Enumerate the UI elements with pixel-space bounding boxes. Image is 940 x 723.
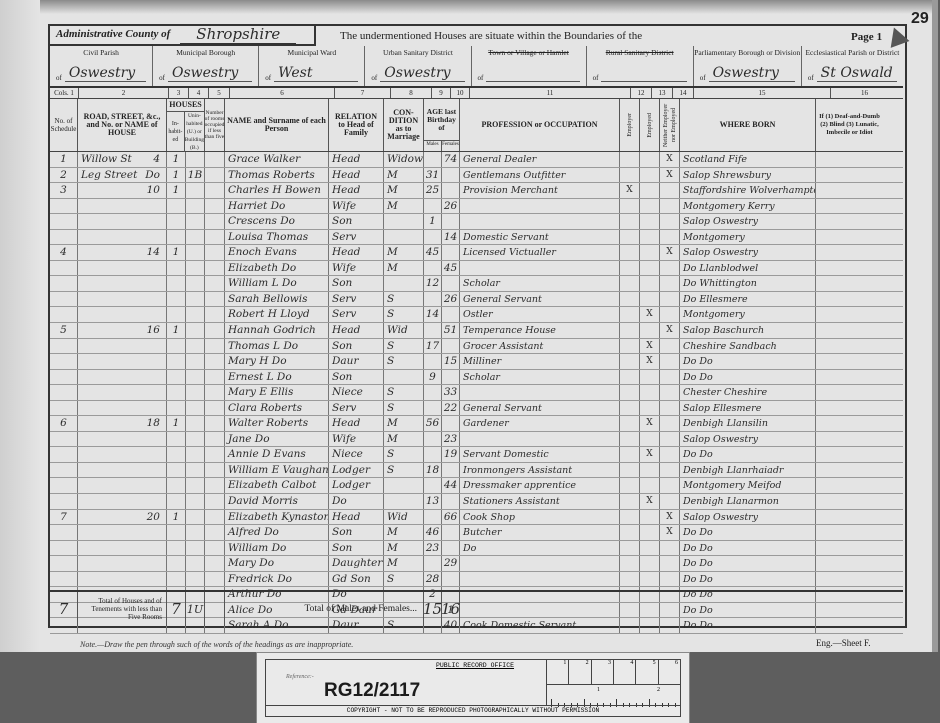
cell-no xyxy=(138,556,167,571)
cell-no xyxy=(138,385,167,400)
heading-born: WHERE BORN xyxy=(680,99,816,151)
cell-sched xyxy=(50,401,78,416)
column-number: 6 xyxy=(230,88,335,98)
cell-f xyxy=(442,370,460,385)
cell-f: 51 xyxy=(442,323,460,338)
cell-nei xyxy=(660,261,680,276)
cell-m xyxy=(424,323,442,338)
cell-born: Staffordshire Wolverhampton xyxy=(680,183,816,198)
cell-name: Mary H Do xyxy=(225,354,329,369)
cell-no: Do xyxy=(138,168,167,183)
total-houses-label: Total of Houses and of Tenements with le… xyxy=(78,592,167,626)
cell-cond: Wid xyxy=(384,510,424,525)
cell-rooms xyxy=(205,152,225,167)
cell-ed xyxy=(640,525,660,540)
cell-cond xyxy=(384,214,424,229)
cell-inf xyxy=(816,432,883,447)
cell-m xyxy=(424,478,442,493)
cell-born: Do Do xyxy=(680,541,816,556)
cell-ed xyxy=(640,510,660,525)
of-label: of xyxy=(593,74,599,82)
cell-occ: Servant Domestic xyxy=(460,447,620,462)
cell-sched xyxy=(50,292,78,307)
cell-occ: Do xyxy=(460,541,620,556)
cell-rel: Daur xyxy=(329,354,384,369)
cell-ed xyxy=(640,323,660,338)
cell-occ: Dressmaker apprentice xyxy=(460,478,620,493)
cell-no xyxy=(138,199,167,214)
cell-born: Denbigh Llansilin xyxy=(680,416,816,431)
cell-sched xyxy=(50,494,78,509)
cell-er xyxy=(620,556,640,571)
cell-er xyxy=(620,463,640,478)
cell-er xyxy=(620,416,640,431)
cell-inf xyxy=(816,447,883,462)
cell-name: Harriet Do xyxy=(225,199,329,214)
cell-f: 66 xyxy=(442,510,460,525)
cell-born: Montgomery xyxy=(680,307,816,322)
cell-born: Salop Oswestry xyxy=(680,432,816,447)
cell-cond xyxy=(384,230,424,245)
table-row: David MorrisDo13Stationers AssistantXDen… xyxy=(50,494,903,510)
table-row: William DoSonM23DoDo Do xyxy=(50,541,903,557)
cell-name: Fredrick Do xyxy=(225,572,329,587)
table-row: Alfred DoSonM46ButcherXDo Do xyxy=(50,525,903,541)
cell-no xyxy=(138,432,167,447)
heading-condition: CON-DITION as to Marriage xyxy=(384,99,424,151)
cell-inf xyxy=(816,478,883,493)
cell-no xyxy=(138,261,167,276)
heading-road: ROAD, STREET, &c., and No. or NAME of HO… xyxy=(78,99,167,151)
employed-label: Employed xyxy=(646,113,654,138)
cell-f: 74 xyxy=(442,152,460,167)
table-row: Mary E EllisNieceS33Chester Cheshire xyxy=(50,385,903,401)
cell-f: 29 xyxy=(442,556,460,571)
cell-er xyxy=(620,370,640,385)
page-label: Page1 xyxy=(851,31,882,43)
cell-ed xyxy=(640,230,660,245)
scale-top: 123456 xyxy=(547,660,681,685)
heading-females: Females xyxy=(442,141,459,151)
scale-mark: 6 xyxy=(659,660,681,684)
cell-er xyxy=(620,292,640,307)
cell-born: Montgomery Meifod xyxy=(680,478,816,493)
cell-unin xyxy=(186,152,205,167)
column-number: 12 xyxy=(631,88,652,98)
cell-ed xyxy=(640,152,660,167)
scale-label: 2 xyxy=(657,687,660,693)
cell-er xyxy=(620,510,640,525)
cell-nei xyxy=(660,370,680,385)
cell-nei xyxy=(660,401,680,416)
cell-name: Crescens Do xyxy=(225,214,329,229)
cell-nei: X xyxy=(660,510,680,525)
cell-cond: M xyxy=(384,416,424,431)
of-label: of xyxy=(371,74,377,82)
cell-born: Denbigh Llanrhaiadr xyxy=(680,463,816,478)
cell-er xyxy=(620,307,640,322)
cell-nei xyxy=(660,463,680,478)
cell-m: 13 xyxy=(424,494,442,509)
cell-unin xyxy=(186,199,205,214)
cell-unin xyxy=(186,541,205,556)
cell-nei: X xyxy=(660,245,680,260)
top-shadow xyxy=(0,0,932,14)
cell-nei xyxy=(660,447,680,462)
cell-inh xyxy=(167,230,186,245)
cell-f xyxy=(442,276,460,291)
table-row: Mary H DoDaurS15MillinerXDo Do xyxy=(50,354,903,370)
cell-ed xyxy=(640,292,660,307)
cell-ed xyxy=(640,463,660,478)
cell-occ: Cook Shop xyxy=(460,510,620,525)
column-number: 14 xyxy=(673,88,694,98)
cell-sched: 1 xyxy=(50,152,78,167)
column-number: 10 xyxy=(451,88,470,98)
cell-inf xyxy=(816,261,883,276)
cell-inf xyxy=(816,416,883,431)
cell-road: Willow St xyxy=(78,152,138,167)
cell-road xyxy=(78,510,138,525)
cell-f xyxy=(442,183,460,198)
cell-rel: Serv xyxy=(329,307,384,322)
cell-inh xyxy=(167,370,186,385)
sheet-label: Eng.—Sheet F. xyxy=(816,638,871,648)
cell-nei xyxy=(660,416,680,431)
cell-sched xyxy=(50,541,78,556)
table-row: Annie D EvansNieceS19Servant DomesticXDo… xyxy=(50,447,903,463)
cell-sched xyxy=(50,370,78,385)
cell-sched xyxy=(50,447,78,462)
cell-m: 31 xyxy=(424,168,442,183)
cell-inf xyxy=(816,168,883,183)
cell-cond: M xyxy=(384,525,424,540)
cell-m xyxy=(424,261,442,276)
cell-road xyxy=(78,183,138,198)
cell-inf xyxy=(816,370,883,385)
cell-born: Montgomery xyxy=(680,230,816,245)
cell-no: 18 xyxy=(138,416,167,431)
column-number: 11 xyxy=(470,88,631,98)
table-row: William L DoSon12ScholarDo Whittington xyxy=(50,276,903,292)
cell-ed: X xyxy=(640,494,660,509)
cell-name: Walter Roberts xyxy=(225,416,329,431)
census-sheet: 29 Administrative County of Shropshire T… xyxy=(0,0,938,652)
of-label: of xyxy=(808,74,814,82)
cell-ed xyxy=(640,478,660,493)
cell-occ: Temperance House xyxy=(460,323,620,338)
cell-rooms xyxy=(205,370,225,385)
cell-inf xyxy=(816,385,883,400)
cell-f: 45 xyxy=(442,261,460,276)
cell-occ xyxy=(460,199,620,214)
pro-label-frame: PUBLIC RECORD OFFICE Reference:- RG12/21… xyxy=(265,659,681,717)
cell-f xyxy=(442,416,460,431)
column-number: 4 xyxy=(189,88,209,98)
cell-sched xyxy=(50,307,78,322)
cell-nei xyxy=(660,432,680,447)
cell-m xyxy=(424,354,442,369)
cell-no xyxy=(138,525,167,540)
cell-rel: Son xyxy=(329,214,384,229)
cell-born: Salop Oswestry xyxy=(680,214,816,229)
cell-rel: Lodger xyxy=(329,478,384,493)
cell-er xyxy=(620,447,640,462)
cell-occ: Gentlemans Outfitter xyxy=(460,168,620,183)
cell-occ: Domestic Servant xyxy=(460,230,620,245)
cell-road xyxy=(78,541,138,556)
employer-label: Employer xyxy=(626,113,634,137)
cell-rel: Wife xyxy=(329,432,384,447)
cell-m xyxy=(424,230,442,245)
cell-ed xyxy=(640,199,660,214)
total-uninhabited: 1U xyxy=(186,592,205,626)
cell-unin xyxy=(186,572,205,587)
district-label: Civil Parish xyxy=(50,49,152,57)
cell-er xyxy=(620,494,640,509)
cell-cond xyxy=(384,478,424,493)
cell-name: Louisa Thomas xyxy=(225,230,329,245)
cell-name: William E Vaughan xyxy=(225,463,329,478)
column-number: 13 xyxy=(652,88,673,98)
cell-m xyxy=(424,401,442,416)
cell-born: Do Do xyxy=(680,525,816,540)
cell-rel: Lodger xyxy=(329,463,384,478)
cell-no: 16 xyxy=(138,323,167,338)
cell-ed: X xyxy=(640,416,660,431)
cell-occ: Licensed Victualler xyxy=(460,245,620,260)
cell-name: Grace Walker xyxy=(225,152,329,167)
cell-inh xyxy=(167,276,186,291)
heading-relation: RELATION to Head of Family xyxy=(329,99,384,151)
cell-f: 15 xyxy=(442,354,460,369)
district-5: Rural Sanitary District of xyxy=(587,46,694,86)
cell-no xyxy=(138,354,167,369)
table-row: Clara RobertsServS22General ServantSalop… xyxy=(50,401,903,417)
district-1: Municipal Borough ofOswestry xyxy=(153,46,259,86)
cell-inh xyxy=(167,401,186,416)
cell-nei: X xyxy=(660,152,680,167)
cell-inf xyxy=(816,463,883,478)
cell-name: David Morris xyxy=(225,494,329,509)
cell-inh xyxy=(167,432,186,447)
cell-cond: M xyxy=(384,183,424,198)
cell-road xyxy=(78,525,138,540)
cell-cond: M xyxy=(384,261,424,276)
cell-rooms xyxy=(205,432,225,447)
cell-cond: S xyxy=(384,339,424,354)
district-value: Oswestry xyxy=(168,66,252,82)
cell-sched xyxy=(50,525,78,540)
district-label: Ecclesiastical Parish or District xyxy=(802,49,903,57)
cell-cond: M xyxy=(384,432,424,447)
cell-unin xyxy=(186,463,205,478)
cell-occ: Scholar xyxy=(460,370,620,385)
cell-nei xyxy=(660,572,680,587)
cell-inf xyxy=(816,401,883,416)
district-label: Municipal Borough xyxy=(153,49,258,57)
table-row: Sarah BellowisServS26General ServantDo E… xyxy=(50,292,903,308)
cell-unin xyxy=(186,276,205,291)
cell-inh xyxy=(167,494,186,509)
cell-name: Elizabeth Do xyxy=(225,261,329,276)
cell-m xyxy=(424,556,442,571)
table-row: 7201Elizabeth KynastonHeadWid66Cook Shop… xyxy=(50,510,903,526)
cell-inh xyxy=(167,447,186,462)
cell-name: Hannah Godrich xyxy=(225,323,329,338)
district-value-line: ofWest xyxy=(265,66,358,82)
cell-born: Salop Ellesmere xyxy=(680,401,816,416)
cell-f: 26 xyxy=(442,199,460,214)
cell-unin xyxy=(186,354,205,369)
district-value xyxy=(601,81,686,82)
cell-m xyxy=(424,510,442,525)
cell-inh xyxy=(167,385,186,400)
cell-inh xyxy=(167,463,186,478)
district-label: Urban Sanitary District xyxy=(365,49,470,57)
cell-cond: M xyxy=(384,168,424,183)
cell-inf xyxy=(816,510,883,525)
cell-occ: Ironmongers Assistant xyxy=(460,463,620,478)
column-number: 9 xyxy=(432,88,451,98)
table-row: William E VaughanLodgerS18Ironmongers As… xyxy=(50,463,903,479)
cell-f xyxy=(442,214,460,229)
cell-cond: S xyxy=(384,354,424,369)
district-label: Municipal Ward xyxy=(259,49,364,57)
cell-road xyxy=(78,214,138,229)
cell-rooms xyxy=(205,541,225,556)
cell-name: Sarah Bellowis xyxy=(225,292,329,307)
cell-born: Do Do xyxy=(680,572,816,587)
cell-er xyxy=(620,478,640,493)
of-label: of xyxy=(265,74,271,82)
cell-occ xyxy=(460,261,620,276)
cell-ed xyxy=(640,276,660,291)
cell-unin xyxy=(186,370,205,385)
cell-rel: Head xyxy=(329,416,384,431)
cell-unin xyxy=(186,307,205,322)
cell-er xyxy=(620,572,640,587)
cell-born: Do Do xyxy=(680,370,816,385)
district-value-line: ofOswestry xyxy=(700,66,795,82)
heading-name: NAME and Surname of each Person xyxy=(225,99,329,151)
cell-rel: Wife xyxy=(329,261,384,276)
cell-inf xyxy=(816,292,883,307)
cell-rel: Son xyxy=(329,525,384,540)
cell-road xyxy=(78,494,138,509)
cell-nei: X xyxy=(660,168,680,183)
district-label: Parliamentary Borough or Division xyxy=(694,49,801,57)
cell-sched xyxy=(50,463,78,478)
cell-no: 14 xyxy=(138,245,167,260)
cell-inf xyxy=(816,199,883,214)
district-value: West xyxy=(274,66,358,82)
of-label: of xyxy=(159,74,165,82)
cell-rooms xyxy=(205,447,225,462)
heading-inhabited: In-habit-ed xyxy=(167,112,185,152)
cell-rel: Son xyxy=(329,339,384,354)
cell-m: 28 xyxy=(424,572,442,587)
cell-name: Mary Do xyxy=(225,556,329,571)
cell-ed xyxy=(640,572,660,587)
scale-mark: 2 xyxy=(569,660,591,684)
page-label-text: Page xyxy=(851,31,874,43)
cell-occ: Provision Merchant xyxy=(460,183,620,198)
cell-rooms xyxy=(205,478,225,493)
cell-born: Do Llanblodwel xyxy=(680,261,816,276)
cell-road xyxy=(78,307,138,322)
total-schedules: 7 xyxy=(50,592,78,626)
cell-born: Do Do xyxy=(680,447,816,462)
of-label: of xyxy=(478,74,484,82)
of-label: of xyxy=(700,74,706,82)
heading-uninhabited: Unin-habited (U.) or Building (B.) xyxy=(185,112,204,152)
cell-er xyxy=(620,152,640,167)
total-males: 15 xyxy=(424,592,442,626)
table-row: Jane DoWifeM23Salop Oswestry xyxy=(50,432,903,448)
district-header: Civil Parish ofOswestryMunicipal Borough… xyxy=(50,46,903,88)
cell-name: Robert H Lloyd xyxy=(225,307,329,322)
cell-name: Enoch Evans xyxy=(225,245,329,260)
cell-rel: Head xyxy=(329,152,384,167)
cell-rel: Head xyxy=(329,510,384,525)
column-number: 5 xyxy=(209,88,230,98)
cell-m: 17 xyxy=(424,339,442,354)
cell-no xyxy=(138,307,167,322)
cell-f: 33 xyxy=(442,385,460,400)
scale-mark: 1 xyxy=(547,660,569,684)
cell-f xyxy=(442,307,460,322)
cell-road xyxy=(78,230,138,245)
district-6: Parliamentary Borough or Division ofOswe… xyxy=(694,46,802,86)
heading-occupation: PROFESSION or OCCUPATION xyxy=(460,99,620,151)
cell-no xyxy=(138,541,167,556)
district-3: Urban Sanitary District ofOswestry xyxy=(365,46,471,86)
cell-occ xyxy=(460,432,620,447)
column-number: 3 xyxy=(169,88,189,98)
cell-f xyxy=(442,339,460,354)
cell-ed xyxy=(640,245,660,260)
cell-m: 18 xyxy=(424,463,442,478)
cell-sched: 5 xyxy=(50,323,78,338)
table-row: Elizabeth DoWifeM45Do Llanblodwel xyxy=(50,261,903,277)
admin-label: Administrative County of xyxy=(56,28,170,40)
district-value: St Oswald xyxy=(817,66,897,82)
cell-no: 10 xyxy=(138,183,167,198)
cell-no xyxy=(138,292,167,307)
cell-rooms xyxy=(205,183,225,198)
cell-inf xyxy=(816,230,883,245)
cell-rel: Serv xyxy=(329,230,384,245)
cell-sched: 6 xyxy=(50,416,78,431)
cell-inf xyxy=(816,541,883,556)
cell-rooms xyxy=(205,245,225,260)
cell-name: Annie D Evans xyxy=(225,447,329,462)
cell-born: Salop Shrewsbury xyxy=(680,168,816,183)
cell-inf xyxy=(816,245,883,260)
cell-rooms xyxy=(205,214,225,229)
cell-road xyxy=(78,370,138,385)
cell-er xyxy=(620,401,640,416)
cell-sched xyxy=(50,339,78,354)
total-mf-label: Total of Males and Females... xyxy=(225,592,424,626)
cell-rooms xyxy=(205,510,225,525)
cell-m: 25 xyxy=(424,183,442,198)
cell-no xyxy=(138,478,167,493)
houses-title: HOUSES xyxy=(167,99,204,112)
cell-rel: Do xyxy=(329,494,384,509)
cell-born: Chester Cheshire xyxy=(680,385,816,400)
